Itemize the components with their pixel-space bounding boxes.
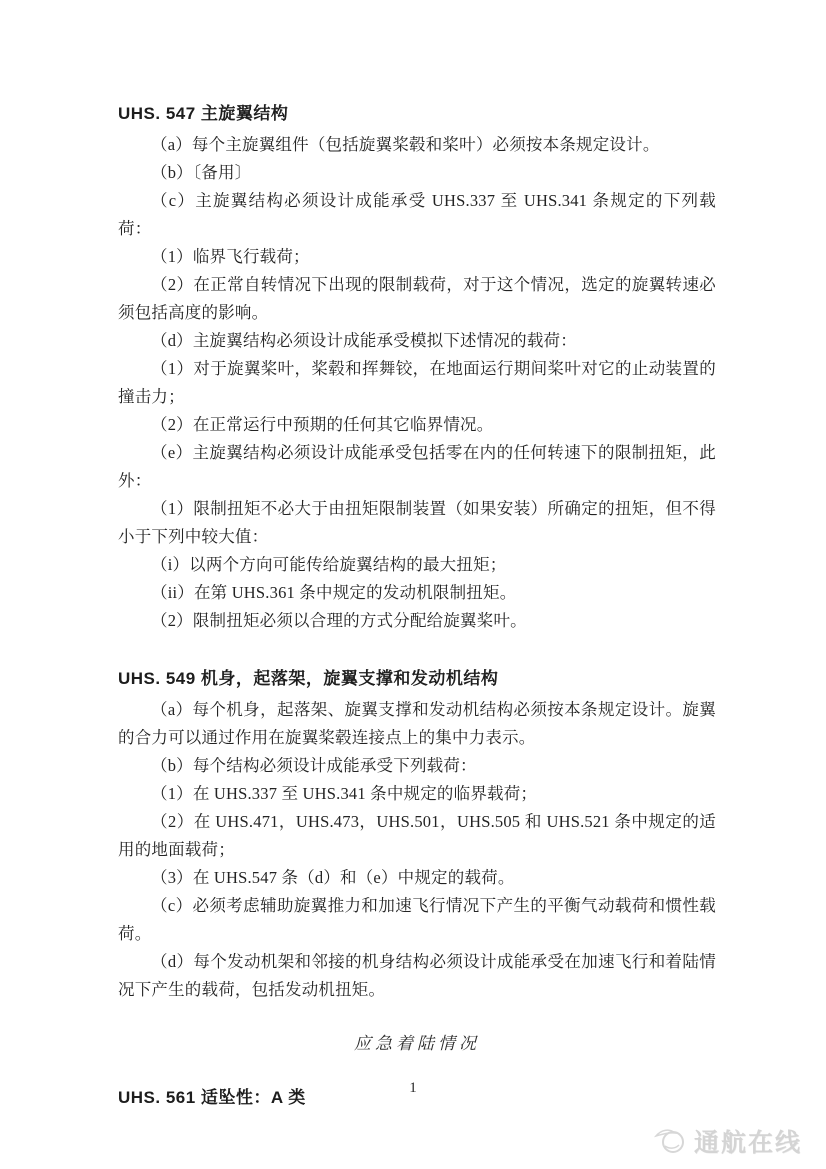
document-paragraph: （1）在 UHS.337 至 UHS.341 条中规定的临界载荷； xyxy=(118,780,716,808)
document-paragraph: （1）对于旋翼桨叶，桨毂和挥舞铰，在地面运行期间桨叶对它的止动装置的撞击力； xyxy=(118,355,716,411)
document-paragraph: （i）以两个方向可能传给旋翼结构的最大扭矩； xyxy=(118,551,716,579)
globe-swoosh-icon xyxy=(653,1126,687,1156)
document-content: UHS. 547 主旋翼结构 （a）每个主旋翼组件（包括旋翼桨毂和桨叶）必须按本… xyxy=(118,100,716,1115)
document-paragraph: （b）每个结构必须设计成能承受下列载荷： xyxy=(118,752,716,780)
document-page: UHS. 547 主旋翼结构 （a）每个主旋翼组件（包括旋翼桨毂和桨叶）必须按本… xyxy=(0,0,826,1169)
document-paragraph: （d）每个发动机架和邻接的机身结构必须设计成能承受在加速飞行和着陆情况下产生的载… xyxy=(118,948,716,1004)
watermark-text: 通航在线 xyxy=(694,1123,802,1159)
document-paragraph: （1）临界飞行载荷； xyxy=(118,243,716,271)
document-paragraph: （3）在 UHS.547 条（d）和（e）中规定的载荷。 xyxy=(118,864,716,892)
document-paragraph: （2）在正常运行中预期的任何其它临界情况。 xyxy=(118,411,716,439)
document-paragraph: （d）主旋翼结构必须设计成能承受模拟下述情况的载荷： xyxy=(118,327,716,355)
page-number: 1 xyxy=(0,1078,826,1098)
document-paragraph: （a）每个机身，起落架、旋翼支撑和发动机结构必须按本条规定设计。旋翼的合力可以通… xyxy=(118,696,716,752)
document-paragraph: （c）必须考虑辅助旋翼推力和加速飞行情况下产生的平衡气动载荷和惯性载荷。 xyxy=(118,892,716,948)
document-paragraph: （ii）在第 UHS.361 条中规定的发动机限制扭矩。 xyxy=(118,579,716,607)
subpart-heading-emergency-landing: 应急着陆情况 xyxy=(118,1030,716,1058)
document-paragraph: （b）〔备用〕 xyxy=(118,159,716,187)
watermark: 通航在线 xyxy=(653,1123,802,1159)
section-heading-547: UHS. 547 主旋翼结构 xyxy=(118,100,716,128)
document-paragraph: （1）限制扭矩不必大于由扭矩限制装置（如果安装）所确定的扭矩，但不得小于下列中较… xyxy=(118,495,716,551)
document-paragraph: （c）主旋翼结构必须设计成能承受 UHS.337 至 UHS.341 条规定的下… xyxy=(118,187,716,243)
document-paragraph: （2）在 UHS.471，UHS.473，UHS.501，UHS.505 和 U… xyxy=(118,808,716,864)
section-heading-549: UHS. 549 机身，起落架，旋翼支撑和发动机结构 xyxy=(118,665,716,693)
document-paragraph: （2）在正常自转情况下出现的限制载荷，对于这个情况，选定的旋翼转速必须包括高度的… xyxy=(118,271,716,327)
document-paragraph: （e）主旋翼结构必须设计成能承受包括零在内的任何转速下的限制扭矩，此外： xyxy=(118,439,716,495)
document-paragraph: （2）限制扭矩必须以合理的方式分配给旋翼桨叶。 xyxy=(118,607,716,635)
document-paragraph: （a）每个主旋翼组件（包括旋翼桨毂和桨叶）必须按本条规定设计。 xyxy=(118,131,716,159)
